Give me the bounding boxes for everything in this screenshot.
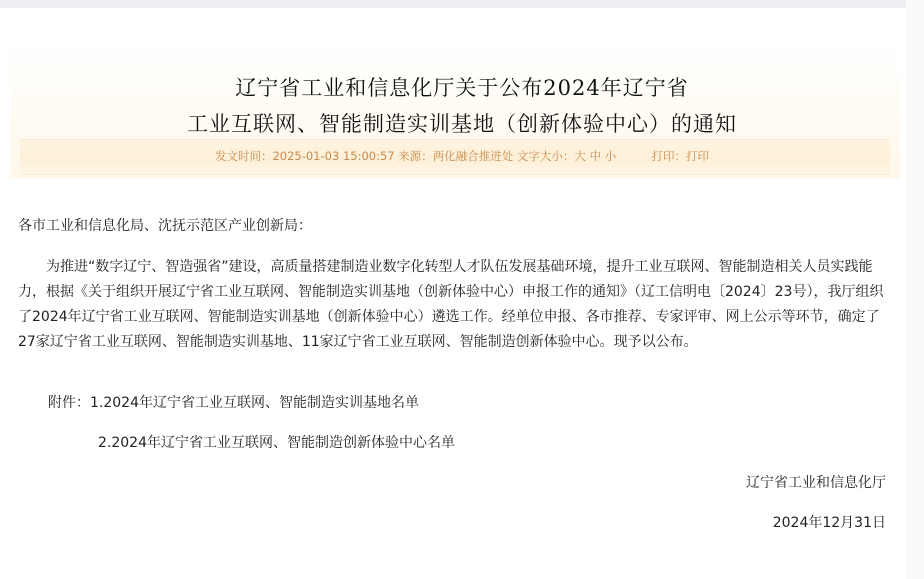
print-label: 打印： (652, 149, 687, 163)
source-label: 来源： (398, 149, 433, 163)
attachment-1-link[interactable]: 附件：1.2024年辽宁省工业互联网、智能制造实训基地名单 (48, 392, 419, 412)
font-large-button[interactable]: 大 (574, 149, 586, 163)
article-title-line2: 工业互联网、智能制造实训基地（创新体验中心）的通知 (0, 108, 924, 138)
article-meta: 发文时间：2025-01-03 15:00:57 来源：两化融合推进处 文字大小… (0, 148, 924, 164)
font-size-label: 文字大小： (517, 149, 575, 163)
top-bar (0, 0, 906, 8)
body-paragraph: 为推进“数字辽宁、智造强省”建设，高质量搭建制造业数字化转型人才队伍发展基础环境… (18, 255, 888, 355)
salutation: 各市工业和信息化局、沈抚示范区产业创新局： (18, 214, 888, 239)
source: 两化融合推进处 (433, 149, 514, 163)
publish-time: 2025-01-03 15:00:57 (272, 149, 394, 163)
print-button[interactable]: 打印 (686, 149, 709, 163)
publish-label: 发文时间： (215, 149, 273, 163)
font-medium-button[interactable]: 中 (590, 149, 602, 163)
article-title-line1: 辽宁省工业和信息化厅关于公布2024年辽宁省 (0, 72, 924, 102)
attachment-2-link[interactable]: 2.2024年辽宁省工业互联网、智能制造创新体验中心名单 (98, 432, 455, 452)
font-small-button[interactable]: 小 (605, 149, 617, 163)
signature-date: 2024年12月31日 (773, 512, 886, 532)
signature: 辽宁省工业和信息化厅 (746, 472, 886, 492)
